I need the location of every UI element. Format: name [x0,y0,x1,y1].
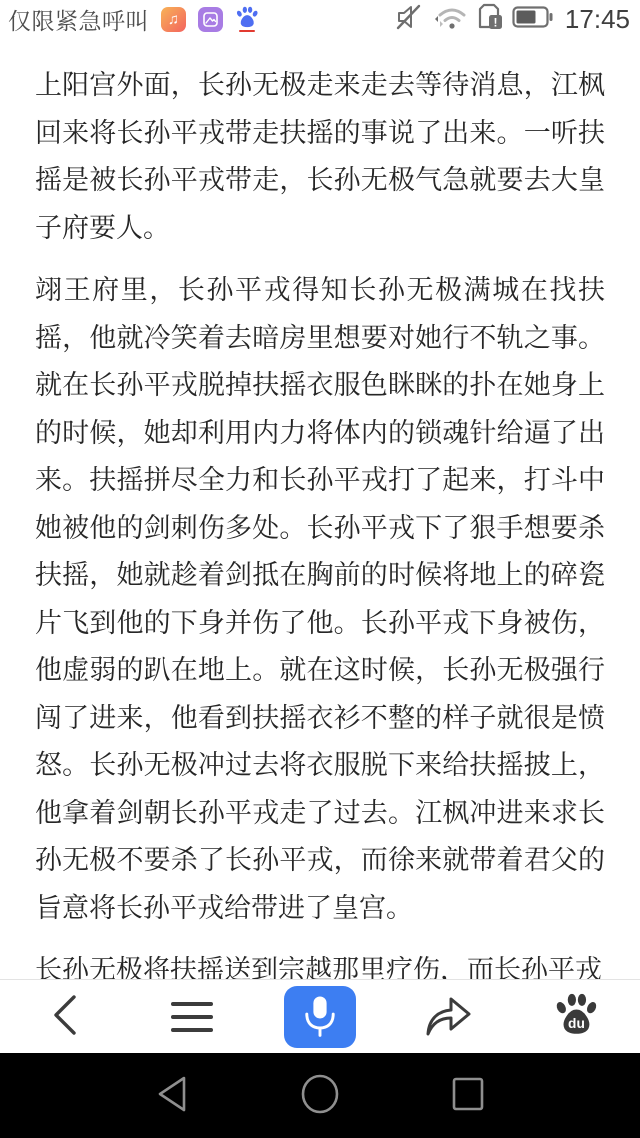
article-paragraph-1: 上阳宫外面，长孙无极走来走去等待消息，江枫回来将长孙平戎带走扶摇的事说了出来。一… [35,62,605,252]
back-button[interactable] [0,980,128,1053]
gallery-notification-icon [198,7,223,32]
status-bar: 仅限紧急呼叫 ♫ [0,0,640,38]
nav-recents-button[interactable] [446,1074,490,1118]
status-bar-left: 仅限紧急呼叫 ♫ [8,3,259,36]
voice-search-button[interactable] [256,980,384,1053]
clock-time: 17:45 [565,4,630,35]
article-paragraph-3: 长孙无极将扶摇送到宗越那里疗伤，而长孙平戎 [35,947,605,979]
baidu-paw-notification-icon [235,6,259,32]
browser-toolbar: du [0,979,640,1053]
baidu-home-button[interactable]: du [512,980,640,1053]
chevron-left-icon [50,993,78,1040]
article-paragraph-2: 翊王府里，长孙平戎得知长孙无极满城在找扶摇，他就冷笑着去暗房里想要对她行不轨之事… [35,267,605,932]
notification-underline [239,30,255,33]
microphone-icon [284,986,356,1048]
nav-recents-square-icon [451,1075,485,1116]
nav-back-triangle-icon [156,1075,188,1116]
menu-icon [171,1002,213,1032]
baidu-paw-icon: du [553,993,599,1040]
baidu-du-label: du [568,1016,585,1031]
svg-text:!: ! [493,15,497,29]
music-notification-icon: ♫ [161,7,186,32]
share-forward-icon [422,992,474,1041]
article-content: 上阳宫外面，长孙无极走来走去等待消息，江枫回来将长孙平戎带走扶摇的事说了出来。一… [0,38,640,979]
status-bar-right: ! 17:45 [395,3,630,36]
nav-back-button[interactable] [150,1074,194,1118]
battery-icon [512,6,553,33]
nav-home-circle-icon [300,1074,340,1117]
share-button[interactable] [384,980,512,1053]
wifi-icon [432,3,468,35]
sim-alert-icon: ! [477,3,503,36]
nav-home-button[interactable] [298,1074,342,1118]
screen: 仅限紧急呼叫 ♫ [0,0,640,1138]
carrier-text: 仅限紧急呼叫 [8,3,149,36]
menu-button[interactable] [128,980,256,1053]
android-nav-bar [0,1053,640,1138]
mute-icon [395,4,423,35]
